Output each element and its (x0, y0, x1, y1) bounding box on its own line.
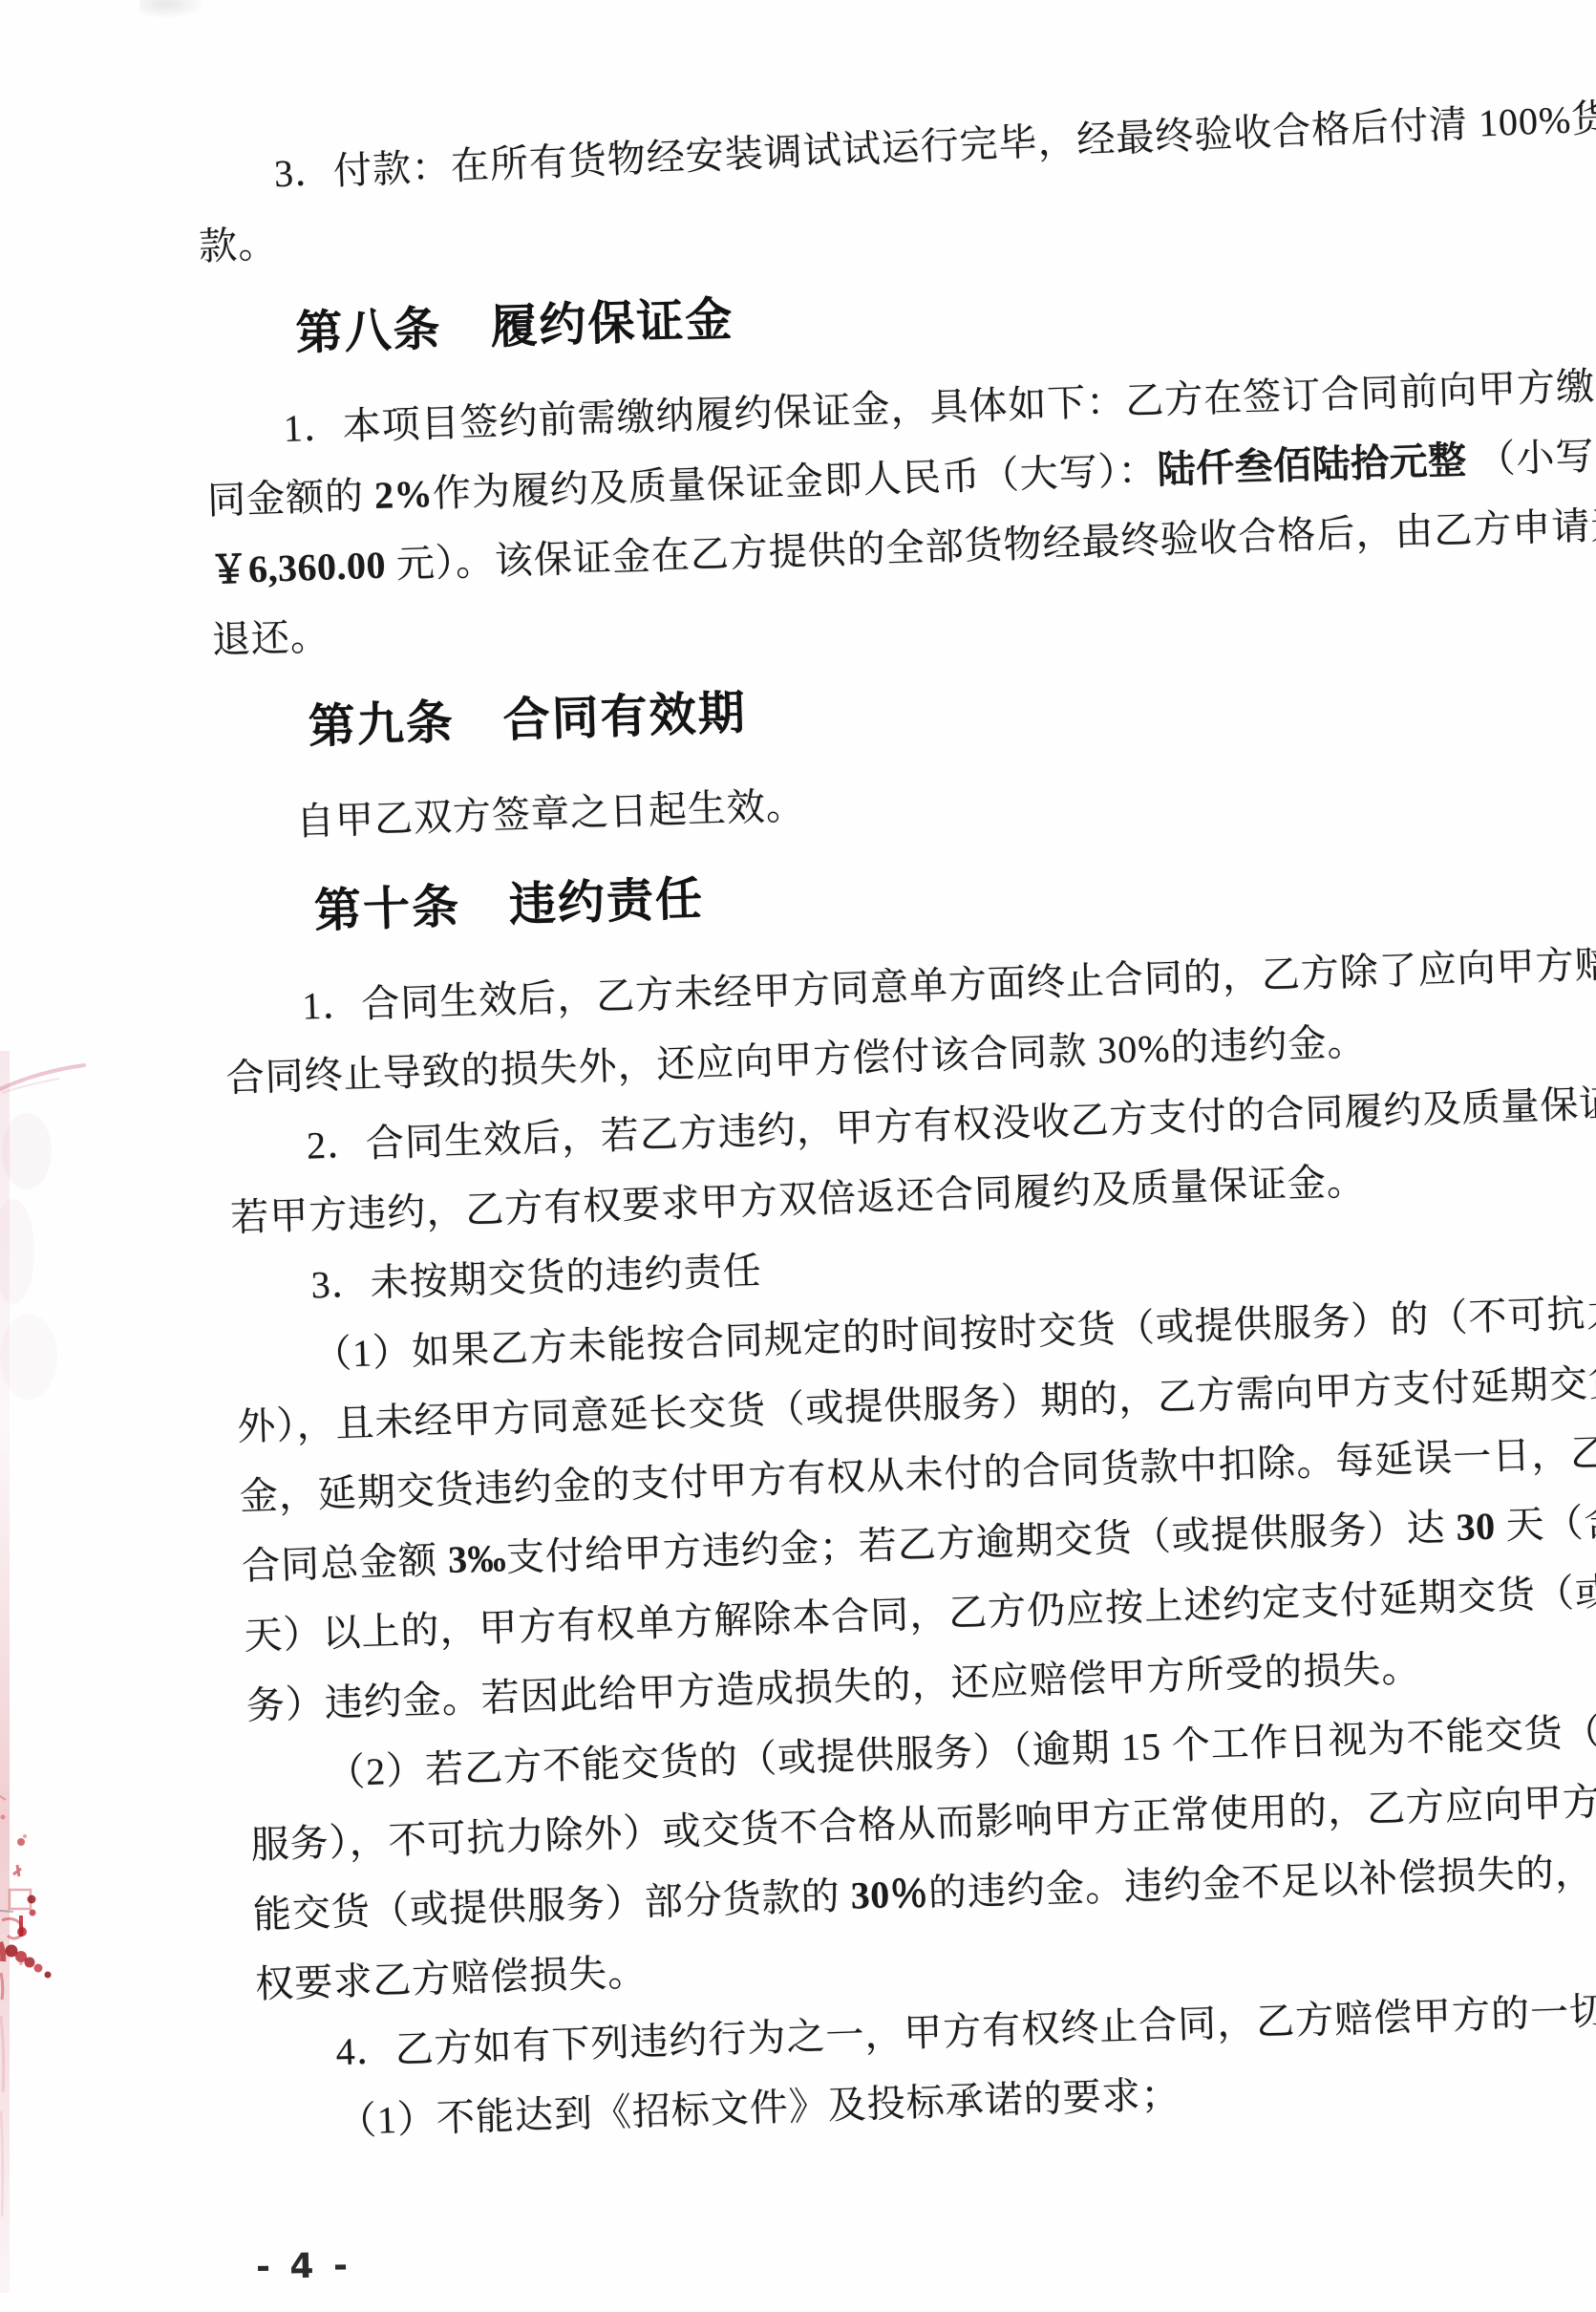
scan-smudge-top (139, 0, 206, 19)
bold-text-run: 3‰ (447, 1536, 506, 1581)
paragraph: 3．付款：在所有货物经安装调试试运行完毕，经最终验收合格后付清 100%货款。 (195, 86, 1539, 282)
text-line: 自甲乙双方签章之日起生效。 (217, 746, 1558, 859)
bold-text-run: 30 (1456, 1505, 1496, 1549)
bold-text-run: 陆仟叁佰陆拾元整 (1157, 439, 1467, 491)
paragraph: （2）若乙方不能交货的（或提供服务）（逾期 15 个工作日视为不能交货（或提供服… (247, 1698, 1595, 2020)
text-run: 的违约金。违约金不足以补偿损失的，甲方有 (927, 1847, 1596, 1915)
text-run: 天（含 (1495, 1500, 1596, 1548)
text-run: （小写： (1466, 433, 1596, 482)
section-heading: 第八条 履约保证金 (202, 263, 1542, 367)
stamp-bleed-mark-upper (0, 1051, 115, 1414)
text-run: （1）不能达到《招标文件》及投标承诺的要求； (337, 2073, 1181, 2143)
bold-text-run: 30％ (850, 1872, 929, 1917)
paragraph: 自甲乙双方签章之日起生效。 (217, 746, 1558, 859)
scanned-contract-page: 3．付款：在所有货物经安装调试试运行完毕，经最终验收合格后付清 100%货款。第… (0, 0, 1596, 2312)
section-heading: 第九条 合同有效期 (214, 656, 1554, 760)
text-run: 权要求乙方赔偿损失。 (255, 1951, 648, 2006)
stamp-bleed-mark-lower (0, 1767, 86, 2245)
paragraph: 1．本项目签约前需缴纳履约保证金，具体如下：乙方在签订合同前向甲方缴纳合同金额的… (204, 353, 1552, 674)
text-run: 第九条 合同有效期 (308, 688, 748, 754)
document-body: 3．付款：在所有货物经安装调试试运行完毕，经最终验收合格后付清 100%货款。第… (196, 99, 1596, 2159)
text-run: 自甲乙双方签章之日起生效。 (295, 784, 805, 844)
bold-text-run: ￥6,360.00 (209, 544, 387, 592)
bold-text-run: 2% (373, 472, 433, 517)
text-run: 合同总金额 (241, 1538, 448, 1588)
text-run: 同金额的 (206, 474, 374, 523)
text-run: 作为履约及质量保证金即人民币（大写）： (432, 449, 1158, 515)
scan-edge-tint (0, 1051, 10, 2293)
text-run: 退还。 (211, 615, 330, 662)
text-run: 能交货（或提供服务）部分货款的 (252, 1874, 851, 1937)
text-run: 3．未按期交货的违约责任 (310, 1249, 762, 1306)
text-run: 第八条 履约保证金 (295, 294, 735, 360)
section-heading: 第十条 违约责任 (220, 841, 1560, 945)
page-number: - 4 - (256, 2246, 352, 2287)
paragraph: （1）如果乙方未能按合同规定的时间按时交货（或提供服务）的（不可抗力除外），且未… (234, 1279, 1585, 1741)
text-run: 款。 (198, 222, 278, 268)
text-run: 第十条 违约责任 (313, 873, 705, 937)
